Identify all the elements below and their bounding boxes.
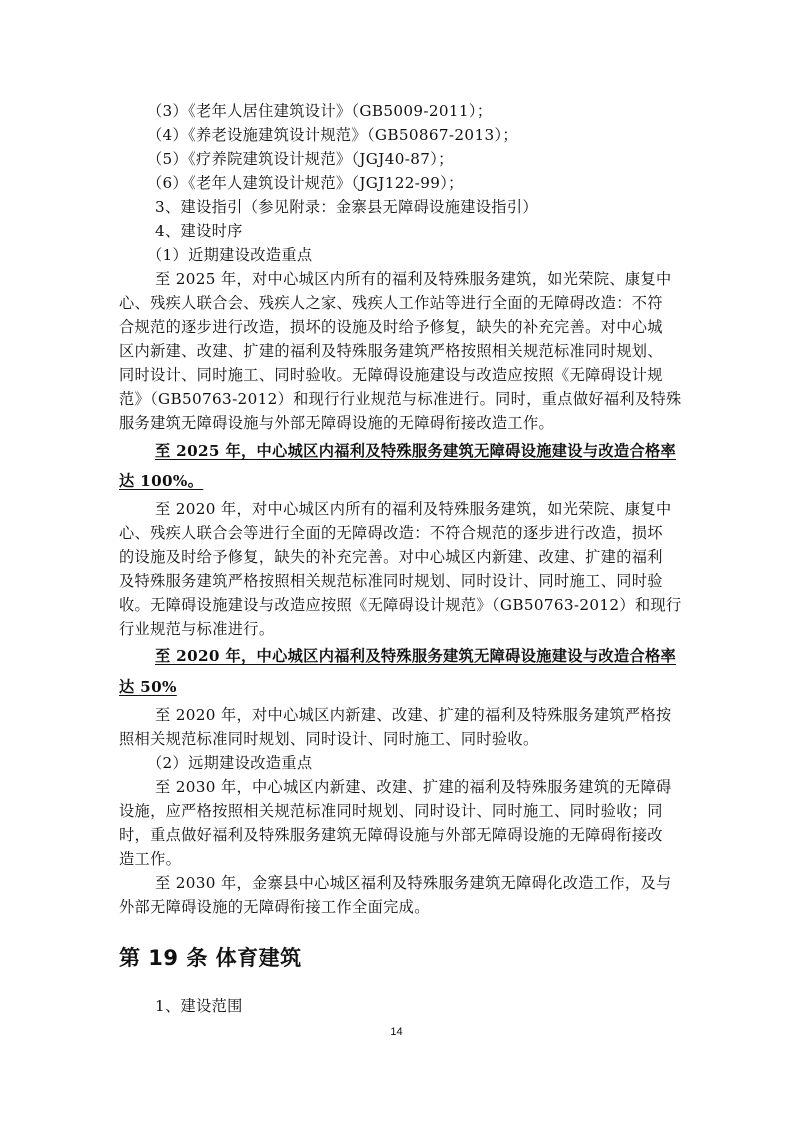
paragraph-2025-line: 范》（GB50763-2012）和现行行业规范与标准进行。同时，重点做好福利及特… <box>119 389 679 409</box>
standard-item-4: （4）《养老设施建筑设计规范》（GB50867-2013）； <box>147 125 707 145</box>
paragraph-2025-line: 服务建筑无障碍设施与外部无障碍设施的无障碍衔接改造工作。 <box>119 413 679 433</box>
subheading-near-term: （1）近期建设改造重点 <box>147 245 707 265</box>
paragraph-2020b-line: 照相关规范标准同时规划、同时设计、同时施工、同时验收。 <box>119 729 679 749</box>
paragraph-2020a-line: 及特殊服务建筑严格按照相关规范标准同时规划、同时设计、同时施工、同时验 <box>119 571 679 591</box>
paragraph-2030b-line: 外部无障碍设施的无障碍衔接工作全面完成。 <box>119 897 679 917</box>
paragraph-2025-line: 心、残疾人联合会、残疾人之家、残疾人工作站等进行全面的无障碍改造：不符 <box>119 293 679 313</box>
goal-2025-line: 至 2025 年，中心城区内福利及特殊服务建筑无障碍设施建设与改造合格率 <box>155 441 715 461</box>
paragraph-2025-line: 至 2025 年，对中心城区内所有的福利及特殊服务建筑，如光荣院、康复中 <box>155 269 679 289</box>
paragraph-2030a-line: 至 2030 年，中心城区内新建、改建、扩建的福利及特殊服务建筑的无障碍 <box>155 777 715 797</box>
section-item-1-scope: 1、建设范围 <box>155 996 715 1016</box>
paragraph-2030a-line: 造工作。 <box>119 849 679 869</box>
goal-2020-line: 至 2020 年，中心城区内福利及特殊服务建筑无障碍设施建设与改造合格率 <box>155 646 715 666</box>
paragraph-2020a-line: 心、残疾人联合会等进行全面的无障碍改造：不符合规范的逐步进行改造，损坏 <box>119 523 679 543</box>
standard-item-3: （3）《老年人居住建筑设计》（GB5009-2011）； <box>147 101 707 121</box>
standard-item-6: （6）《老年人建筑设计规范》（JGJ122-99）； <box>147 173 707 193</box>
paragraph-2020a-line: 至 2020 年，对中心城区内所有的福利及特殊服务建筑，如光荣院、康复中 <box>155 499 715 519</box>
paragraph-2025-line: 区内新建、改建、扩建的福利及特殊服务建筑严格按照相关规范标准同时规划、 <box>119 341 679 361</box>
subheading-long-term: （2）远期建设改造重点 <box>147 753 707 773</box>
paragraph-2020a-line: 行业规范与标准进行。 <box>119 619 679 639</box>
goal-2020-line: 达 50% <box>119 677 679 697</box>
paragraph-2030b-line: 至 2030 年，金寨县中心城区福利及特殊服务建筑无障碍化改造工作，及与 <box>155 873 715 893</box>
paragraph-2025-line: 合规范的逐步进行改造，损坏的设施及时给予修复，缺失的补充完善。对中心城 <box>119 317 679 337</box>
paragraph-2030a-line: 时，重点做好福利及特殊服务建筑无障碍设施与外部无障碍设施的无障碍衔接改 <box>119 825 679 845</box>
paragraph-2025-line: 同时设计、同时施工、同时验收。无障碍设施建设与改造应按照《无障碍设计规 <box>119 365 679 385</box>
section-heading-article-19: 第 19 条 体育建筑 <box>119 942 302 972</box>
page-number: 14 <box>0 1026 793 1038</box>
paragraph-2020a-line: 收。无障碍设施建设与改造应按照《无障碍设计规范》（GB50763-2012）和现… <box>119 595 679 615</box>
paragraph-2030a-line: 设施，应严格按照相关规范标准同时规划、同时设计、同时施工、同时验收；同 <box>119 801 679 821</box>
item-4-construction-timeline: 4、建设时序 <box>155 221 715 241</box>
standard-item-5: （5）《疗养院建筑设计规范》（JGJ40-87）； <box>147 149 707 169</box>
document-page: （3）《老年人居住建筑设计》（GB5009-2011）； （4）《养老设施建筑设… <box>0 0 793 1122</box>
item-3-construction-guide: 3、建设指引（参见附录：金寨县无障碍设施建设指引） <box>155 197 715 217</box>
goal-2025-line: 达 100%。 <box>119 471 679 491</box>
paragraph-2020a-line: 的设施及时给予修复，缺失的补充完善。对中心城区内新建、改建、扩建的福利 <box>119 547 679 567</box>
paragraph-2020b-line: 至 2020 年，对中心城区内新建、改建、扩建的福利及特殊服务建筑严格按 <box>155 705 715 725</box>
